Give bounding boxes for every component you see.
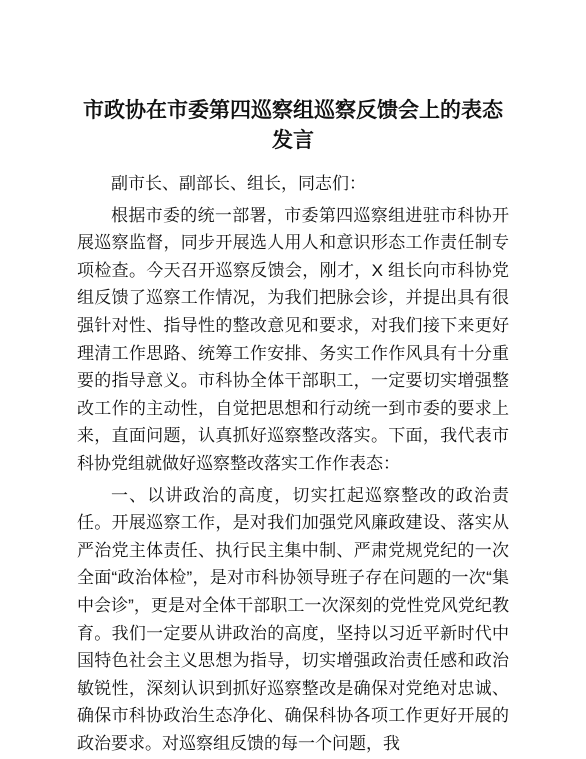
document-title: 市政协在市委第四巡察组巡察反馈会上的表态发言 [81, 0, 505, 156]
document-page: 市政协在市委第四巡察组巡察反馈会上的表态发言 副市长、副部长、组长，同志们： 根… [0, 0, 586, 759]
paragraph-salutation: 副市长、副部长、组长，同志们： [77, 170, 509, 198]
paragraph-opening: 根据市委的统一部署，市委第四巡察组进驻市科协开展巡察监督，同步开展选人用人和意识… [77, 202, 509, 478]
paragraph-section-1: 一、以讲政治的高度，切实扛起巡察整改的政治责任。开展巡察工作，是对我们加强党风廉… [77, 482, 509, 758]
document-body: 副市长、副部长、组长，同志们： 根据市委的统一部署，市委第四巡察组进驻市科协开展… [77, 170, 509, 757]
